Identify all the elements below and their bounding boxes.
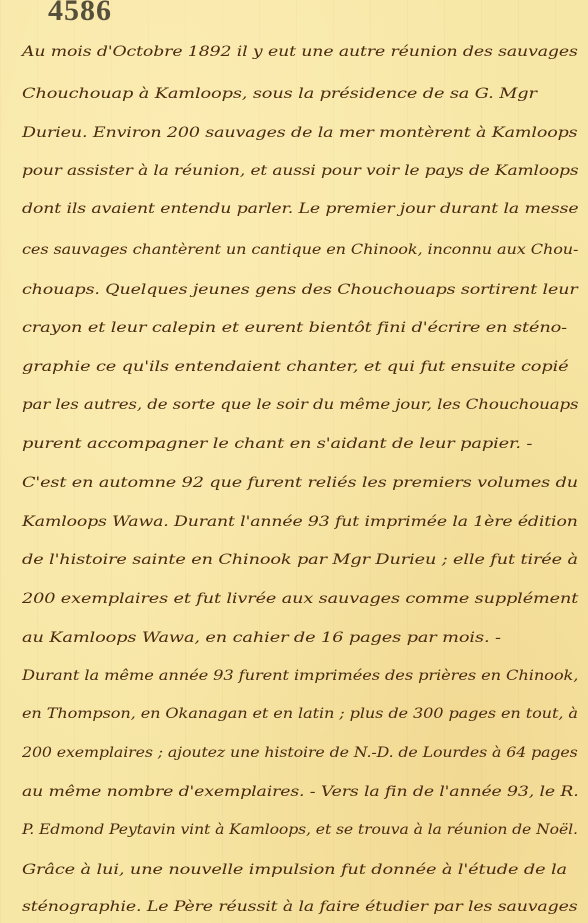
manuscript-line: Durieu. Environ 200 sauvages de la mer m… bbox=[22, 125, 577, 141]
manuscript-line: en Thompson, en Okanagan et en latin ; p… bbox=[22, 706, 578, 722]
manuscript-line: crayon et leur calepin et eurent bientôt… bbox=[22, 320, 567, 336]
manuscript-line: C'est en automne 92 que furent reliés le… bbox=[22, 475, 578, 491]
manuscript-line: Kamloops Wawa. Durant l'année 93 fut imp… bbox=[22, 514, 578, 530]
manuscript-page: 4586 Au mois d'Octobre 1892 il y eut une… bbox=[0, 0, 588, 923]
manuscript-line: graphie ce qu'ils entendaient chanter, e… bbox=[22, 359, 569, 375]
manuscript-line: sténographie. Le Père réussit à la faire… bbox=[22, 899, 578, 915]
page-number-stamp: 4586 bbox=[48, 0, 112, 28]
manuscript-line: de l'histoire sainte en Chinook par Mgr … bbox=[22, 552, 578, 568]
manuscript-line: P. Edmond Peytavin vint à Kamloops, et s… bbox=[22, 822, 578, 838]
manuscript-line: pour assister à la réunion, et aussi pou… bbox=[22, 163, 578, 179]
manuscript-line: 200 exemplaires ; ajoutez une histoire d… bbox=[22, 745, 578, 761]
manuscript-line: au même nombre d'exemplaires. - Vers la … bbox=[22, 784, 579, 800]
manuscript-line: Grâce à lui, une nouvelle impulsion fut … bbox=[22, 862, 567, 878]
manuscript-line: Durant la même année 93 furent imprimées… bbox=[22, 668, 578, 684]
manuscript-line: ces sauvages chantèrent un cantique en C… bbox=[22, 242, 578, 258]
manuscript-line: Au mois d'Octobre 1892 il y eut une autr… bbox=[22, 44, 578, 60]
manuscript-line: 200 exemplaires et fut livrée aux sauvag… bbox=[22, 591, 578, 607]
manuscript-line: Chouchouap à Kamloops, sous la présidenc… bbox=[22, 86, 537, 102]
manuscript-line: dont ils avaient entendu parler. Le prem… bbox=[22, 201, 578, 217]
manuscript-line: par les autres, de sorte que le soir du … bbox=[22, 397, 578, 413]
manuscript-line: purent accompagner le chant en s'aidant … bbox=[22, 436, 532, 452]
manuscript-line: chouaps. Quelques jeunes gens des Chouch… bbox=[22, 282, 578, 298]
manuscript-line: au Kamloops Wawa, en cahier de 16 pages … bbox=[22, 630, 501, 646]
